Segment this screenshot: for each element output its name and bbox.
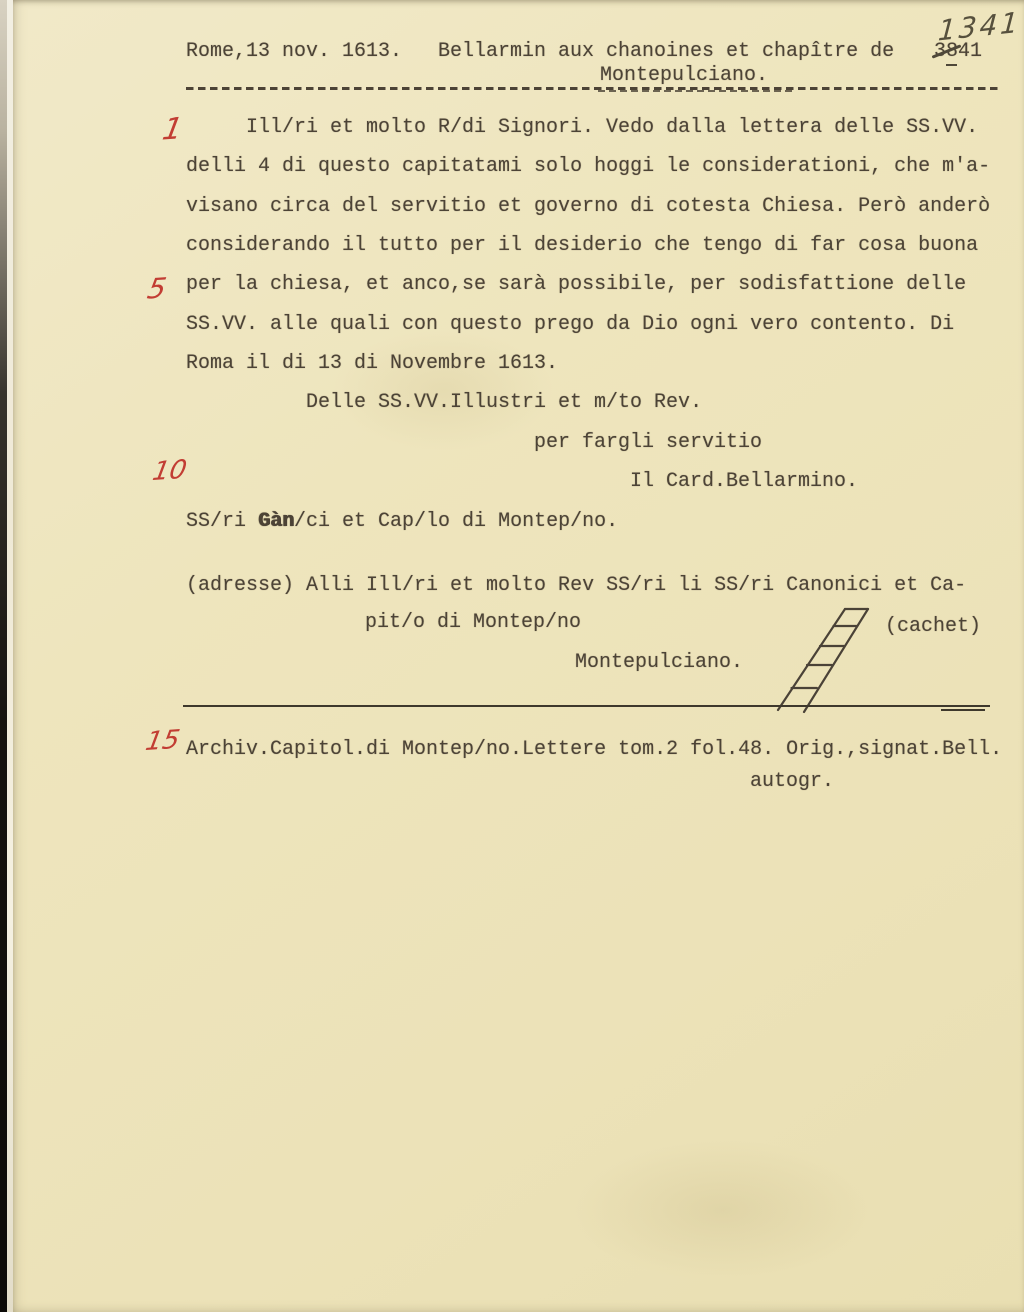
body-line-signature: Il Card.Bellarmino. <box>630 472 858 492</box>
body-line: per la chiesa, et anco,se sarà possibile… <box>186 275 966 295</box>
address-line: Montepulciano. <box>575 653 743 673</box>
scanned-letter-page: 1341 Rome,13 nov. 1613. Bellarmin aux ch… <box>0 0 1024 1312</box>
body-line: visano circa del servitio et governo di … <box>186 197 990 217</box>
body-line-valediction: per fargli servitio <box>534 433 762 453</box>
dashed-rule <box>186 87 998 90</box>
sig-pre: SS/ri <box>186 510 258 533</box>
paper-stain <box>333 330 553 450</box>
footer-separator-rule <box>183 705 990 707</box>
margin-line-number-15: 15 <box>143 725 182 757</box>
address-line: pit/o di Montep/no <box>365 613 581 633</box>
body-line: Ill/ri et molto R/di Signori. Vedo dalla… <box>246 118 978 138</box>
footer-separator-rule-fragment <box>941 709 985 711</box>
sig-post: /ci et Cap/lo di Montep/no. <box>294 510 618 533</box>
archive-reference-line: Archiv.Capitol.di Montep/no.Lettere tom.… <box>186 740 1002 760</box>
body-line: considerando il tutto per il desiderio c… <box>186 236 978 256</box>
archive-reference-line: autogr. <box>750 772 834 792</box>
dashed-rule-overtyped <box>598 90 794 92</box>
sig-overtyped-word: Gàn <box>258 510 294 533</box>
header-title: Bellarmin aux chanoines et chapître de <box>438 42 894 62</box>
header-number-kept: 41 <box>958 40 982 63</box>
body-line: SS.VV. alle quali con questo prego da Di… <box>186 315 954 335</box>
body-line: delli 4 di questo capitatami solo hoggi … <box>186 157 990 177</box>
header-date-place: Rome,13 nov. 1613. <box>186 42 402 62</box>
address-line: (adresse) Alli Ill/ri et molto Rev SS/ri… <box>186 576 966 596</box>
header-number: 3841 <box>934 42 982 62</box>
body-line: Roma il di 13 di Novembre 1613. <box>186 354 558 374</box>
body-line-addressees: SS/ri Gàn/ci et Cap/lo di Montep/no. <box>186 512 618 532</box>
cachet-label: (cachet) <box>885 617 981 637</box>
header-title-line2: Montepulciano. <box>600 66 768 86</box>
scan-edge-dark <box>0 0 7 1312</box>
margin-line-number-10: 10 <box>150 455 189 487</box>
header-number-struck: 38 <box>934 42 958 62</box>
paper-stain <box>573 1140 873 1280</box>
body-line-valediction: Delle SS.VV.Illustri et m/to Rev. <box>306 393 702 413</box>
